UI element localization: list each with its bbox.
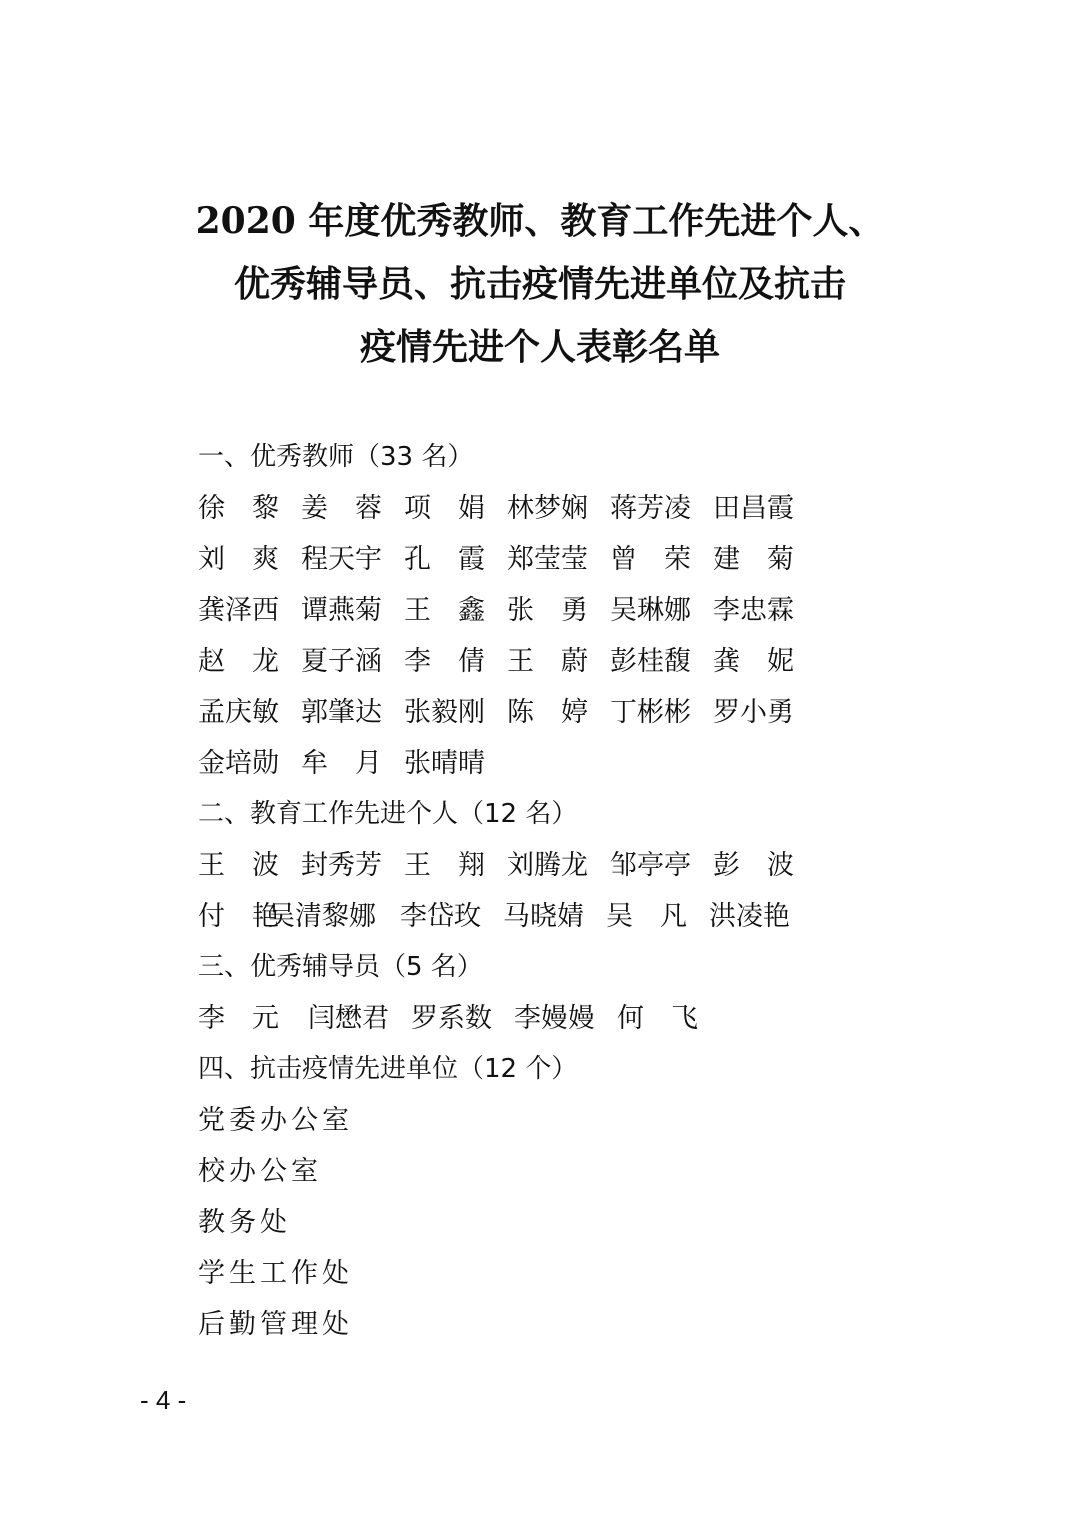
awardee-name: 赵 龙 (198, 636, 301, 687)
name-row: 赵 龙夏子涵李 倩王 蔚彭桂馥龚 妮 (198, 636, 898, 687)
awardee-name: 张晴晴 (404, 738, 507, 789)
awardee-name: 郭肇达 (301, 687, 404, 738)
awardee-name: 孔 霞 (404, 534, 507, 585)
awardee-name: 吴清黎娜 (268, 891, 400, 942)
awardee-name: 马晓婧 (503, 891, 606, 942)
awardee-name: 刘 爽 (198, 534, 301, 585)
awardee-name: 龚泽西 (198, 585, 301, 636)
awardee-name: 丁彬彬 (610, 687, 713, 738)
awardee-name: 程天宇 (301, 534, 404, 585)
unit-name: 教务处 (198, 1197, 898, 1248)
unit-name: 校办公室 (198, 1146, 898, 1197)
section-heading-excellent-counselors: 三、优秀辅导员（5 名） (198, 942, 898, 993)
awardee-name: 吴琳娜 (610, 585, 713, 636)
awardee-name: 罗系数 (411, 993, 514, 1044)
awardee-name: 谭燕菊 (301, 585, 404, 636)
awardee-name: 封秀芳 (301, 840, 404, 891)
awardee-name: 徐 黎 (198, 483, 301, 534)
awardee-name: 洪凌艳 (709, 891, 812, 942)
awardee-name: 夏子涵 (301, 636, 404, 687)
page-number: - 4 - (140, 1385, 186, 1416)
section-heading-advanced-units: 四、抗击疫情先进单位（12 个） (198, 1044, 898, 1095)
awardee-name: 张毅刚 (404, 687, 507, 738)
name-row: 付 艳吴清黎娜李岱玫马晓婧吴 凡洪凌艳 (198, 891, 898, 942)
awardee-name: 王 翔 (404, 840, 507, 891)
awardee-name: 张 勇 (507, 585, 610, 636)
awardee-name: 孟庆敏 (198, 687, 301, 738)
document-title: 2020 年度优秀教师、教育工作先进个人、 优秀辅导员、抗击疫情先进单位及抗击 … (0, 190, 1080, 379)
awardee-name: 付 艳 (198, 891, 268, 942)
unit-name: 党委办公室 (198, 1095, 898, 1146)
award-list: 一、优秀教师（33 名） 徐 黎姜 蓉项 娟林梦娴蒋芳凌田昌霞 刘 爽程天宇孔 … (198, 432, 898, 1350)
title-line-3: 疫情先进个人表彰名单 (0, 316, 1080, 379)
awardee-name: 姜 蓉 (301, 483, 404, 534)
name-row: 刘 爽程天宇孔 霞郑莹莹曾 荣建 菊 (198, 534, 898, 585)
title-line-1: 2020 年度优秀教师、教育工作先进个人、 (0, 190, 1080, 253)
awardee-name: 王 波 (198, 840, 301, 891)
name-row: 金培勋牟 月张晴晴 (198, 738, 898, 789)
awardee-name: 蒋芳凌 (610, 483, 713, 534)
awardee-name: 金培勋 (198, 738, 301, 789)
name-row: 李 元闫懋君罗系数李嫚嫚何 飞 (198, 993, 898, 1044)
awardee-name: 彭桂馥 (610, 636, 713, 687)
name-row: 孟庆敏郭肇达张毅刚陈 婷丁彬彬罗小勇 (198, 687, 898, 738)
awardee-name: 刘腾龙 (507, 840, 610, 891)
awardee-name: 李 元 (198, 993, 308, 1044)
awardee-name: 何 飞 (617, 993, 720, 1044)
title-line-2: 优秀辅导员、抗击疫情先进单位及抗击 (0, 253, 1080, 316)
awardee-name: 闫懋君 (308, 993, 411, 1044)
name-row: 王 波封秀芳王 翔刘腾龙邹亭亭彭 波 (198, 840, 898, 891)
awardee-name: 曾 荣 (610, 534, 713, 585)
name-row: 徐 黎姜 蓉项 娟林梦娴蒋芳凌田昌霞 (198, 483, 898, 534)
awardee-name: 李嫚嫚 (514, 993, 617, 1044)
awardee-name: 李岱玫 (400, 891, 503, 942)
unit-name: 后勤管理处 (198, 1299, 898, 1350)
unit-name: 学生工作处 (198, 1248, 898, 1299)
awardee-name: 牟 月 (301, 738, 404, 789)
awardee-name: 李 倩 (404, 636, 507, 687)
awardee-name: 王 鑫 (404, 585, 507, 636)
awardee-name: 陈 婷 (507, 687, 610, 738)
section-heading-excellent-teachers: 一、优秀教师（33 名） (198, 432, 898, 483)
awardee-name: 吴 凡 (606, 891, 709, 942)
awardee-name: 李忠霖 (713, 585, 816, 636)
awardee-name: 罗小勇 (713, 687, 816, 738)
section-heading-advanced-education-workers: 二、教育工作先进个人（12 名） (198, 789, 898, 840)
name-row: 龚泽西谭燕菊王 鑫张 勇吴琳娜李忠霖 (198, 585, 898, 636)
awardee-name: 王 蔚 (507, 636, 610, 687)
awardee-name: 林梦娴 (507, 483, 610, 534)
awardee-name: 郑莹莹 (507, 534, 610, 585)
awardee-name: 龚 妮 (713, 636, 816, 687)
awardee-name: 建 菊 (713, 534, 816, 585)
awardee-name: 田昌霞 (713, 483, 816, 534)
awardee-name: 彭 波 (713, 840, 816, 891)
awardee-name: 邹亭亭 (610, 840, 713, 891)
awardee-name: 项 娟 (404, 483, 507, 534)
